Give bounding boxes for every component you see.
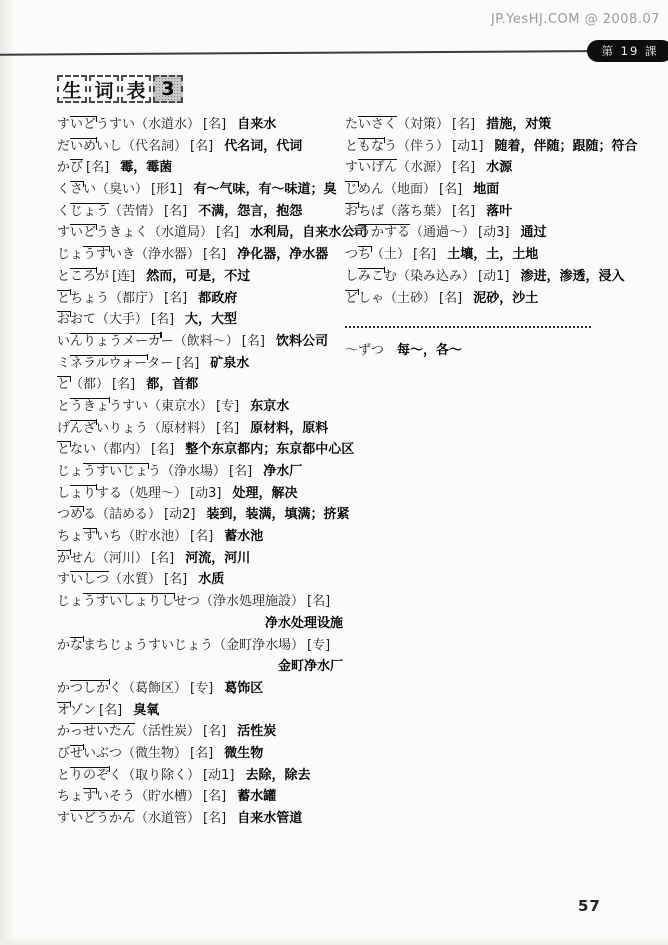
vocab-entry: とりのぞく（取り除く）[动1]去除，除去	[57, 765, 349, 787]
vocab-japanese: じょうすいしょりしせつ（浄水処理施設）	[57, 593, 304, 609]
vocab-pos-tag: [名]	[307, 594, 330, 609]
pitch-accent-mark: ょり	[70, 485, 96, 501]
vocab-chinese: 措施，对策	[486, 117, 551, 132]
vocab-japanese: とない（都内）	[57, 441, 148, 457]
suffix-japanese: ～ずつ	[345, 343, 384, 358]
pitch-accent-mark: と	[57, 376, 70, 392]
pitch-accent-mark: っせいたん	[70, 723, 135, 739]
suffix-chinese: 每～，各～	[397, 343, 462, 358]
pitch-accent-mark: うすいじょ	[83, 463, 148, 479]
vocab-entry: ちょすいそう（貯水槽）[名]蓄水罐	[57, 786, 349, 808]
vocab-chinese: 饮料公司	[276, 334, 328, 349]
vocab-pos-tag: [名]	[203, 117, 226, 132]
vocab-entry: たいさく（対策）[名]措施，对策	[345, 114, 647, 136]
vocab-chinese: 净水厂	[263, 464, 302, 479]
vocab-entry: げんざいりょう（原材料）[名]原材料，原料	[57, 418, 349, 440]
vocab-pos-tag: [连]	[112, 269, 135, 284]
vocab-japanese: ミネラルウォーター	[57, 355, 173, 371]
vocab-pos-tag: [名]	[203, 724, 226, 739]
vocab-chinese: 有～气味，有～味道；臭	[193, 182, 336, 197]
title-number: 3	[153, 75, 183, 103]
vocab-pos-tag: [动1]	[452, 139, 483, 154]
vocab-japanese: すいどうきょく（水道局）	[57, 224, 213, 240]
suffix-entry: ～ずつ每～，各～	[345, 340, 647, 362]
vocab-pos-tag: [名]	[229, 464, 252, 479]
vocab-entry: だいめいし（代名詞）[名]代名词，代词	[57, 136, 349, 158]
vocab-entry: じょうすいじょう（浄水場）[名]净水厂	[57, 461, 349, 483]
vocab-japanese: つうかする（通過～）	[345, 224, 475, 240]
pitch-accent-mark: な	[70, 637, 83, 653]
vocab-pos-tag: [名]	[190, 529, 213, 544]
vocab-chinese: 自来水管道	[237, 811, 302, 826]
pitch-accent-mark: うすいしょりし	[83, 593, 174, 609]
pitch-accent-mark: と	[57, 290, 70, 306]
vocab-entry: かっせいたん（活性炭）[名]活性炭	[57, 721, 349, 743]
vocab-japanese: すいげん（水源）	[345, 159, 449, 175]
vocab-pos-tag: [名]	[452, 160, 475, 175]
vocab-pos-tag: [名]	[439, 291, 462, 306]
vocab-pos-tag: [名]	[190, 746, 213, 761]
vocab-entry: と（都）[名]都，首都	[57, 374, 349, 396]
vocab-pos-tag: [形1]	[151, 182, 182, 197]
title-char-2: 词	[89, 75, 119, 103]
vocab-japanese: ともなう（伴う）	[345, 138, 449, 154]
vocab-chinese: 净水处理设施	[265, 616, 343, 631]
vocab-entry: ところが[连]然而，可是，不过	[57, 266, 349, 288]
pitch-accent-mark: お	[57, 311, 70, 327]
vocab-entry: くさい（臭い）[形1]有～气味，有～味道；臭	[57, 179, 349, 201]
vocab-pos-tag: [动1]	[478, 269, 509, 284]
page-number: 57	[578, 897, 601, 915]
vocab-entry: つうかする（通過～）[动3]通过	[345, 222, 647, 244]
pitch-accent-mark: ネラルウォー	[70, 355, 147, 371]
vocab-entry: ともなう（伴う）[动1]随着，伴随；跟随；符合	[345, 136, 647, 158]
vocab-japanese: かせん（河川）	[57, 550, 148, 566]
vocab-entry: くじょう（苦情）[名]不满，怨言，抱怨	[57, 201, 349, 223]
pitch-accent-mark: す	[83, 788, 96, 804]
vocab-japanese: すいどうすい（水道水）	[57, 116, 200, 132]
pitch-accent-mark: うきょ	[70, 398, 109, 414]
pitch-accent-mark: もな	[358, 138, 384, 154]
pitch-accent-mark: いげん	[358, 159, 397, 175]
vocab-japanese: とちょう（都庁）	[57, 290, 161, 306]
vocab-pos-tag: [动2]	[164, 507, 195, 522]
vocab-pos-tag: [名]	[216, 225, 239, 240]
vocab-entry: オゾン[名]臭氧	[57, 700, 349, 722]
vocab-japanese: とりのぞく（取り除く）	[57, 767, 200, 783]
vocab-japanese: と（都）	[57, 376, 109, 392]
vocab-entry: すいしつ（水質）[名]水质	[57, 569, 349, 591]
vocab-entry: しみこむ（染み込み）[动1]渗进，渗透，浸入	[345, 266, 647, 288]
vocab-chinese: 活性炭	[237, 724, 276, 739]
vocab-entry: じめん（地面）[名]地面	[345, 179, 647, 201]
vocab-chinese: 微生物	[224, 746, 263, 761]
pitch-accent-mark: オ	[57, 702, 70, 718]
pitch-accent-mark: め	[70, 506, 83, 522]
vocab-chinese: 水质	[198, 572, 224, 587]
vocab-chinese: 随着，伴随；跟随；符合	[494, 139, 637, 154]
pitch-accent-mark: んざ	[70, 420, 96, 436]
vocab-chinese: 原材料，原料	[250, 421, 328, 436]
vocab-chinese: 河流，河川	[185, 551, 250, 566]
vocab-entry: いんりょうメーカー（飲料～）[名]饮料公司	[57, 331, 349, 353]
vocab-japanese: くじょう（苦情）	[57, 203, 161, 219]
vocab-japanese: ちょすいそう（貯水槽）	[57, 788, 200, 804]
vocab-japanese: ところが	[57, 268, 109, 284]
vocab-japanese: じょうすいじょう（浄水場）	[57, 463, 226, 479]
pitch-accent-mark: いめ	[70, 138, 96, 154]
vocab-pos-tag: [动1]	[203, 768, 234, 783]
vocab-entry: じょうすいき（浄水器）[名]净化器，净水器	[57, 244, 349, 266]
pitch-accent-mark: び	[70, 159, 83, 175]
vocab-entry: じょうすいしょりしせつ（浄水処理施設）[名]	[57, 591, 349, 613]
pitch-accent-mark: みこ	[358, 268, 384, 284]
vocab-pos-tag: [名]	[216, 421, 239, 436]
vocab-pos-tag: [名]	[112, 377, 135, 392]
vocab-japanese: おちば（落ち葉）	[345, 203, 449, 219]
vocab-pos-tag: [名]	[203, 811, 226, 826]
vocab-pos-tag: [名]	[164, 291, 187, 306]
vocab-pos-tag: [名]	[164, 204, 187, 219]
vocab-pos-tag: [名]	[242, 334, 265, 349]
vocab-entry: おちば（落ち葉）[名]落叶	[345, 201, 647, 223]
vocab-chinese: 水源	[486, 160, 512, 175]
vocab-column-left: すいどうすい（水道水）[名]自来水だいめいし（代名詞）[名]代名词，代词かび[名…	[57, 114, 349, 830]
vocab-japanese: かっせいたん（活性炭）	[57, 723, 200, 739]
vocab-chinese: 都政府	[198, 291, 237, 306]
vocab-chinese: 落叶	[486, 204, 512, 219]
vocab-pos-tag: [专]	[190, 681, 213, 696]
pitch-accent-mark: うす	[83, 246, 109, 262]
vocab-pos-tag: [名]	[439, 182, 462, 197]
vocab-pos-tag: [名]	[203, 247, 226, 262]
vocab-entry: すいどうきょく（水道局）[名]水利局，自来水公司	[57, 222, 349, 244]
vocab-column-right: たいさく（対策）[名]措施，对策ともなう（伴う）[动1]随着，伴随；跟随；符合す…	[345, 114, 647, 362]
vocab-entry: かなまちじょうすいじょう（金町浄水場）[专]	[57, 635, 349, 657]
vocab-chinese: 金町净水厂	[278, 659, 343, 674]
vocab-japanese: じめん（地面）	[345, 181, 436, 197]
pitch-accent-mark: じ	[345, 181, 358, 197]
vocab-japanese: おおて（大手）	[57, 311, 148, 327]
vocab-chinese: 都，首都	[146, 377, 198, 392]
vocab-entry: ちょすいち（貯水池）[名]蓄水池	[57, 526, 349, 548]
pitch-accent-mark: か	[57, 550, 70, 566]
vocab-chinese: 地面	[473, 182, 499, 197]
vocab-chinese: 装到，装满，填满；挤紧	[206, 507, 349, 522]
vocab-entry: とちょう（都庁）[名]都政府	[57, 288, 349, 310]
pitch-accent-mark: りのぞ	[70, 767, 109, 783]
vocab-entry: つめる（詰める）[动2]装到，装满，填满；挤紧	[57, 504, 349, 526]
pitch-accent-mark: つしか	[70, 680, 109, 696]
pitch-accent-mark: お	[345, 203, 358, 219]
vocab-pos-tag: [名]	[176, 356, 199, 371]
scan-edge-shading	[0, 0, 14, 945]
pitch-accent-mark: いどうかん	[70, 810, 135, 826]
vocab-japanese: たいさく（対策）	[345, 116, 449, 132]
vocab-japanese: すいどうかん（水道管）	[57, 810, 200, 826]
pitch-accent-mark: んりょうメーカ	[70, 333, 161, 349]
pitch-accent-mark: いしつ	[70, 571, 109, 587]
vocab-chinese: 通过	[520, 225, 546, 240]
lesson-badge: 第 19 課	[587, 40, 668, 62]
vocab-entry: かつしかく（葛飾区）[专]葛饰区	[57, 678, 349, 700]
vocab-entry: とない（都内）[名]整个东京都内；东京都中心区	[57, 439, 349, 461]
pitch-accent-mark: いど	[70, 224, 96, 240]
vocab-chinese: 葛饰区	[224, 681, 263, 696]
pitch-accent-mark: と	[57, 441, 70, 457]
vocab-pos-tag: [名]	[452, 204, 475, 219]
pitch-accent-mark: す	[83, 528, 96, 544]
vocab-japanese: いんりょうメーカー（飲料～）	[57, 333, 239, 349]
vocab-pos-tag: [名]	[164, 572, 187, 587]
vocab-chinese: 蓄水罐	[237, 789, 276, 804]
vocab-japanese: びせいぶつ（微生物）	[57, 745, 187, 761]
vocab-entry: びせいぶつ（微生物）[名]微生物	[57, 743, 349, 765]
vocab-japanese: くさい（臭い）	[57, 181, 148, 197]
vocab-chinese: 自来水	[237, 117, 276, 132]
vocab-entry: すいげん（水源）[名]水源	[345, 157, 647, 179]
pitch-accent-mark: うかする	[358, 224, 410, 240]
vocab-japanese: かなまちじょうすいじょう（金町浄水場）	[57, 637, 304, 653]
vocab-entry: かせん（河川）[名]河流，河川	[57, 548, 349, 570]
vocab-entry: つち（土）[名]土壤，土，土地	[345, 244, 647, 266]
vocab-chinese: 臭氧	[133, 703, 159, 718]
page-title: 生 词 表 3	[57, 75, 183, 103]
vocab-japanese: かび	[57, 159, 83, 175]
vocab-japanese: しみこむ（染み込み）	[345, 268, 475, 284]
pitch-accent-mark: ど	[345, 290, 358, 306]
vocab-chinese: 蓄水池	[224, 529, 263, 544]
vocab-japanese: じょうすいき（浄水器）	[57, 246, 200, 262]
vocab-chinese: 渗进，渗透，浸入	[520, 269, 624, 284]
vocab-entry-continuation: 净水处理设施	[57, 613, 349, 635]
vocab-entry: しょりする（処理～）[动3]处理，解决	[57, 483, 349, 505]
vocab-chinese: 处理，解决	[232, 486, 297, 501]
title-char-1: 生	[57, 75, 87, 103]
vocab-japanese: とうきょうすい（東京水）	[57, 398, 213, 414]
pitch-accent-mark: いさく	[358, 116, 397, 132]
pitch-accent-mark: せ	[70, 745, 83, 761]
vocab-chinese: 矿泉水	[210, 356, 249, 371]
vocab-chinese: 大，大型	[185, 312, 237, 327]
watermark: JP.YesHJ.COM @ 2008.07	[491, 12, 660, 27]
pitch-accent-mark: ち	[358, 246, 371, 262]
vocab-japanese: つち（土）	[345, 246, 410, 262]
header-rule	[0, 50, 606, 56]
vocab-entry-continuation: 金町净水厂	[57, 656, 349, 678]
vocab-chinese: 代名词，代词	[224, 139, 302, 154]
title-char-3: 表	[121, 75, 151, 103]
vocab-pos-tag: [名]	[190, 139, 213, 154]
vocab-japanese: かつしかく（葛飾区）	[57, 680, 187, 696]
vocab-japanese: だいめいし（代名詞）	[57, 138, 187, 154]
vocab-pos-tag: [名]	[413, 247, 436, 262]
vocab-pos-tag: [名]	[151, 312, 174, 327]
vocab-chinese: 泥砂，沙土	[473, 291, 538, 306]
vocab-entry: とうきょうすい（東京水）[专]东京水	[57, 396, 349, 418]
vocab-pos-tag: [名]	[151, 551, 174, 566]
vocab-pos-tag: [名]	[151, 442, 174, 457]
vocab-chinese: 整个东京都内；东京都中心区	[185, 442, 354, 457]
vocab-japanese: げんざいりょう（原材料）	[57, 420, 213, 436]
vocab-pos-tag: [动3]	[190, 486, 221, 501]
vocab-pos-tag: [动3]	[478, 225, 509, 240]
vocab-pos-tag: [名]	[99, 703, 122, 718]
vocab-chinese: 东京水	[250, 399, 289, 414]
vocab-entry: ミネラルウォーター[名]矿泉水	[57, 353, 349, 375]
vocab-japanese: どしゃ（土砂）	[345, 290, 436, 306]
vocab-entry: かび[名]霉，霉菌	[57, 157, 349, 179]
vocab-japanese: オゾン	[57, 702, 96, 718]
pitch-accent-mark: いど	[70, 116, 96, 132]
vocab-japanese: しょりする（処理～）	[57, 485, 187, 501]
vocab-chinese: 土壤，土，土地	[447, 247, 538, 262]
vocab-pos-tag: [名]	[452, 117, 475, 132]
pitch-accent-mark: じょう	[70, 203, 109, 219]
vocab-entry: すいどうすい（水道水）[名]自来水	[57, 114, 349, 136]
vocab-entry: おおて（大手）[名]大，大型	[57, 309, 349, 331]
vocab-entry: どしゃ（土砂）[名]泥砂，沙土	[345, 288, 647, 310]
pitch-accent-mark: ころ	[70, 268, 96, 284]
scan-edge-shading-bottom	[0, 937, 668, 945]
vocab-japanese: つめる（詰める）	[57, 506, 161, 522]
vocab-japanese: すいしつ（水質）	[57, 571, 161, 587]
vocab-chinese: 不满，怨言，抱怨	[198, 204, 302, 219]
vocab-pos-tag: [专]	[216, 399, 239, 414]
vocab-pos-tag: [名]	[86, 160, 109, 175]
vocab-chinese: 净化器，净水器	[237, 247, 328, 262]
vocab-entry: すいどうかん（水道管）[名]自来水管道	[57, 808, 349, 830]
vocab-japanese: ちょすいち（貯水池）	[57, 528, 187, 544]
vocab-chinese: 然而，可是，不过	[146, 269, 250, 284]
pitch-accent-mark: さ	[70, 181, 83, 197]
vocab-chinese: 霉，霉菌	[120, 160, 172, 175]
vocab-pos-tag: [名]	[203, 789, 226, 804]
vocab-pos-tag: [专]	[307, 638, 330, 653]
dotted-separator	[345, 318, 591, 328]
vocab-chinese: 去除，除去	[245, 768, 310, 783]
